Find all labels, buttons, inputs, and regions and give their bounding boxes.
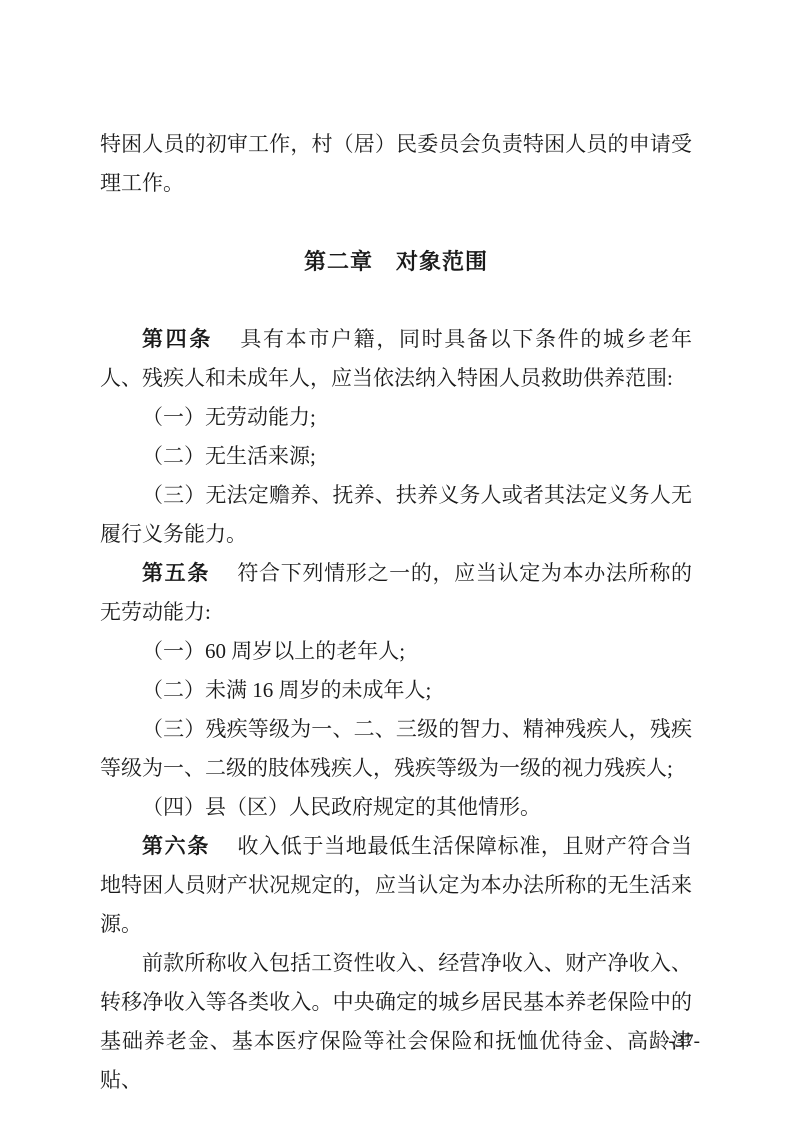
article-text: （一）60 周岁以上的老年人; [142, 639, 405, 663]
article-paragraph: （三）残疾等级为一、二、三级的智力、精神残疾人，残疾等级为一、二级的肢体残疾人，… [100, 710, 692, 788]
article-paragraph: （一）无劳动能力; [100, 398, 692, 437]
document-body: 特困人员的初审工作，村（居）民委员会负责特困人员的申请受理工作。 第二章 对象范… [100, 0, 692, 1100]
article-text: （四）县（区）人民政府规定的其他情形。 [142, 795, 541, 819]
article-paragraph: （二）未满 16 周岁的未成年人; [100, 671, 692, 710]
article-text: （三）无法定赡养、抚养、扶养义务人或者其法定义务人无履行义务能力。 [100, 483, 692, 546]
article-text: （二）未满 16 周岁的未成年人; [142, 678, 431, 702]
article-paragraph: 第五条符合下列情形之一的，应当认定为本办法所称的无劳动能力: [100, 554, 692, 632]
article-paragraph: （一）60 周岁以上的老年人; [100, 632, 692, 671]
article-text: （二）无生活来源; [142, 444, 316, 468]
article-paragraph: 第六条收入低于当地最低生活保障标准，且财产符合当地特困人员财产状况规定的，应当认… [100, 827, 692, 944]
article-paragraph: （四）县（区）人民政府规定的其他情形。 [100, 788, 692, 827]
article-paragraph: 第四条具有本市户籍，同时具备以下条件的城乡老年人、残疾人和未成年人，应当依法纳入… [100, 320, 692, 398]
chapter-heading: 第二章 对象范围 [100, 242, 692, 282]
article-text: 前款所称收入包括工资性收入、经营净收入、财产净收入、转移净收入等各类收入。中央确… [100, 951, 692, 1092]
articles-container: 第四条具有本市户籍，同时具备以下条件的城乡老年人、残疾人和未成年人，应当依法纳入… [100, 320, 692, 1100]
article-paragraph: （二）无生活来源; [100, 437, 692, 476]
article-term: 第六条 [142, 835, 210, 858]
article-term: 第四条 [142, 328, 213, 351]
article-text: （一）无劳动能力; [142, 405, 316, 429]
page-number: -37- [668, 1031, 700, 1053]
document-page: 特困人员的初审工作，村（居）民委员会负责特困人员的申请受理工作。 第二章 对象范… [0, 0, 793, 1122]
article-paragraph: （三）无法定赡养、抚养、扶养义务人或者其法定义务人无履行义务能力。 [100, 476, 692, 554]
article-text: （三）残疾等级为一、二、三级的智力、精神残疾人，残疾等级为一、二级的肢体残疾人，… [100, 717, 692, 780]
article-term: 第五条 [142, 562, 210, 585]
paragraph-continuation: 特困人员的初审工作，村（居）民委员会负责特困人员的申请受理工作。 [100, 125, 692, 203]
article-paragraph: 前款所称收入包括工资性收入、经营净收入、财产净收入、转移净收入等各类收入。中央确… [100, 944, 692, 1100]
